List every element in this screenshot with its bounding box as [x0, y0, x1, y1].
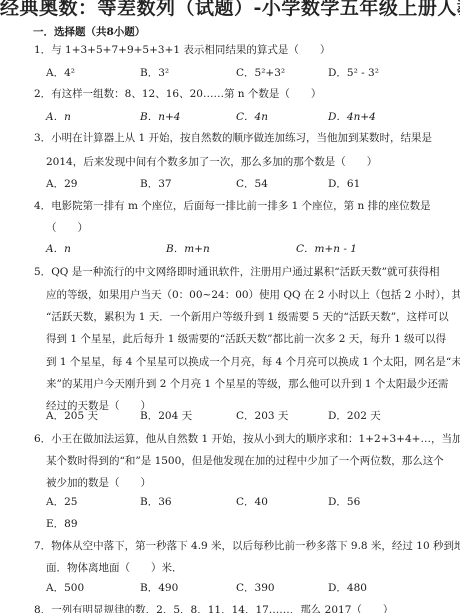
option-c: C．40 — [236, 495, 268, 509]
option-a: A．25 — [46, 495, 77, 509]
option-b: B．204 天 — [140, 409, 192, 423]
question-6: 6．小王在做加法运算，他从自然数 1 开始，按从小到大的顺序求和：1+2+3+4… — [34, 432, 460, 446]
option-a: A．n — [46, 110, 71, 124]
question-text-cont: “活跃天数，累积为 1 天．一个新用户等级升到 1 级需要 5 天的“活跃天数”… — [46, 310, 449, 324]
question-text: 小明在计算器上从 1 开始，按自然数的顺序做连加练习，当他加到某数时，结果是 — [51, 132, 432, 144]
option-a: A．500 — [46, 581, 84, 595]
question-number: 3． — [34, 132, 51, 144]
option-c: C．5²+3² — [236, 66, 285, 80]
question-text: 一列有明显规律的数，2，5，8，11，14，17……，那么 2017（ ） — [51, 604, 393, 613]
exam-page: 经典奥数：等差数列（试题）-小学数学五年级上册人教版 一．选择题（共8小题） 1… — [0, 0, 460, 613]
option-a: A．n — [46, 242, 71, 256]
question-5: 5．QQ 是一种流行的中文网络即时通讯软件，注册用户通过累积“活跃天数”就可获得… — [34, 265, 439, 279]
question-text: 小王在做加法运算，他从自然数 1 开始，按从小到大的顺序求和：1+2+3+4+…… — [51, 433, 460, 445]
question-text-cont: 来”的某用户今天刚升到 2 个月亮 1 个星星的等级，那么他可以升到 1 个太阳… — [46, 377, 448, 391]
question-text-cont: 2014，后来发现中间有个数多加了一次，那么多加的那个数是（ ） — [46, 155, 377, 169]
option-a: A．205 天 — [46, 409, 98, 423]
option-b: B．37 — [140, 177, 172, 191]
option-b: B．3² — [140, 66, 169, 80]
question-7: 7．物体从空中落下，第一秒落下 4.9 米，以后每秒比前一秒多落下 9.8 米，… — [34, 539, 460, 553]
question-2: 2．有这样一组数：8、12、16、20……第 n 个数是（ ） — [34, 87, 321, 101]
question-number: 6． — [34, 433, 51, 445]
option-c: C．54 — [236, 177, 268, 191]
question-number: 7． — [34, 540, 51, 552]
option-d: D．61 — [328, 177, 360, 191]
option-b: B．n+4 — [140, 110, 180, 124]
question-4: 4．电影院第一排有 m 个座位，后面每一排比前一排多 1 个座位，第 n 排的座… — [34, 199, 431, 213]
question-3: 3．小明在计算器上从 1 开始，按自然数的顺序做连加练习，当他加到某数时，结果是 — [34, 131, 432, 145]
question-number: 4． — [34, 200, 51, 212]
option-d: D．56 — [328, 495, 360, 509]
option-c: C．4n — [236, 110, 268, 124]
question-text: 与 1+3+5+7+9+5+3+1 表示相同结果的算式是（ ） — [51, 44, 330, 56]
question-text-cont: 应的等级，如果用户当天（0：00~24：00）使用 QQ 在 2 小时以上（包括… — [46, 288, 460, 302]
option-d: D．5² - 3² — [328, 66, 379, 80]
question-number: 1． — [34, 44, 51, 56]
section-heading: 一．选择题（共8小题） — [33, 24, 145, 39]
option-b: B．36 — [140, 495, 172, 509]
document-title: 经典奥数：等差数列（试题）-小学数学五年级上册人教版 — [0, 0, 460, 20]
question-text-cont: 到 1 个星星，每 4 个星星可以换成一个月亮，每 4 个月亮可以换成 1 个太… — [46, 355, 460, 369]
question-text-cont: （ ） — [46, 221, 88, 235]
question-text: QQ 是一种流行的中文网络即时通讯软件，注册用户通过累积“活跃天数”就可获得相 — [51, 266, 439, 278]
option-d: D．480 — [328, 581, 367, 595]
question-text: 有这样一组数：8、12、16、20……第 n 个数是（ ） — [51, 88, 321, 100]
question-text-cont: 某个数时得到的“和”是 1500，但是他发现在加的过程中少加了一个两位数，那么这… — [46, 454, 444, 468]
option-d: D．202 天 — [328, 409, 381, 423]
option-b: B．490 — [140, 581, 178, 595]
question-text: 物体从空中落下，第一秒落下 4.9 米，以后每秒比前一秒多落下 9.8 米，经过… — [51, 540, 460, 552]
option-e: E．89 — [46, 517, 78, 531]
question-number: 5． — [34, 266, 51, 278]
question-8: 8．一列有明显规律的数，2，5，8，11，14，17……，那么 2017（ ） — [34, 603, 393, 613]
option-c: C．390 — [236, 581, 275, 595]
option-a: A．29 — [46, 177, 77, 191]
option-d: D．4n+4 — [328, 110, 376, 124]
option-a: A．4² — [46, 66, 75, 80]
option-c: C．m+n - 1 — [296, 242, 357, 256]
option-b: B．m+n — [166, 242, 210, 256]
question-text-cont: 被少加的数是（ ） — [46, 476, 151, 490]
question-text: 电影院第一排有 m 个座位，后面每一排比前一排多 1 个座位，第 n 排的座位数… — [51, 200, 430, 212]
question-text-cont: 得到 1 个星星，此后每升 1 级需要的“活跃天数”都比前一次多 2 天，每升 … — [46, 332, 446, 346]
option-c: C．203 天 — [236, 409, 288, 423]
question-number: 8． — [34, 604, 51, 613]
question-number: 2． — [34, 88, 51, 100]
question-text-cont: 面．物体离地面（ ）米． — [46, 561, 183, 575]
question-1: 1．与 1+3+5+7+9+5+3+1 表示相同结果的算式是（ ） — [34, 43, 330, 57]
